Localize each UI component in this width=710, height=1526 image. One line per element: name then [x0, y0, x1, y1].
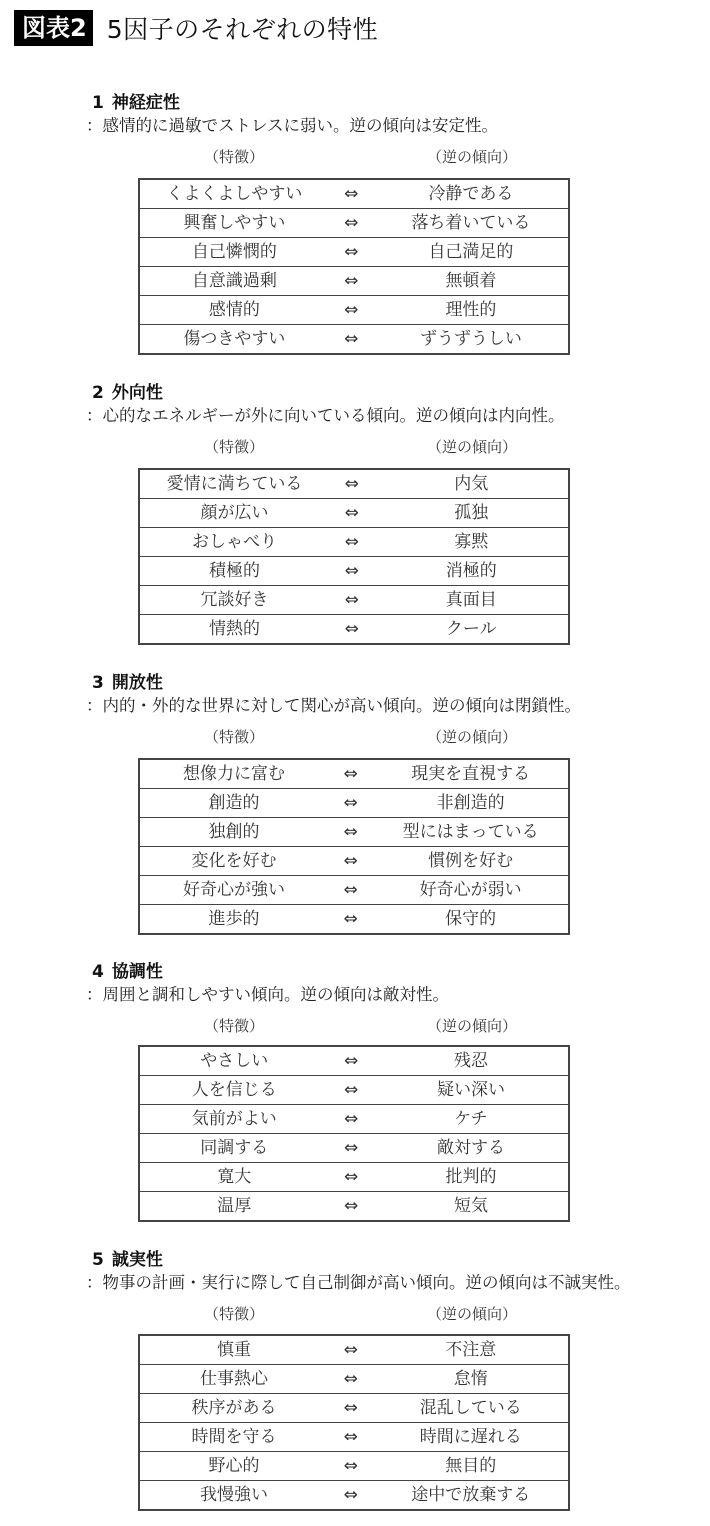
table-row: 冗談好き⇔真面目: [139, 586, 569, 615]
traits-table: 想像力に富む⇔現実を直視する創造的⇔非創造的独創的⇔型にはまっている変化を好む⇔…: [138, 758, 570, 935]
trait-cell: 自意識過剰: [139, 267, 329, 296]
table-row: 時間を守る⇔時間に遅れる: [139, 1423, 569, 1452]
double-arrow-icon: ⇔: [329, 528, 374, 557]
column-header-opposite: （逆の傾向）: [427, 146, 517, 167]
double-arrow-icon: ⇔: [328, 759, 373, 789]
opposite-cell: 保守的: [373, 905, 569, 935]
opposite-cell: 無目的: [373, 1452, 569, 1481]
section-openness: 3開放性 ：内的・外的な世界に対して関心が高い傾向。逆の傾向は閉鎖性。 （特徴）…: [92, 672, 692, 754]
double-arrow-icon: ⇔: [328, 847, 373, 876]
trait-cell: 傷つきやすい: [139, 325, 329, 355]
figure-badge: 図表2: [14, 10, 93, 46]
column-headers: （特徴） （逆の傾向）: [92, 434, 692, 464]
table-row: 仕事熱心⇔怠惰: [139, 1365, 569, 1394]
trait-cell: おしゃべり: [139, 528, 329, 557]
column-header-opposite: （逆の傾向）: [427, 1015, 517, 1036]
section-neuroticism: 1神経症性 ：感情的に過敏でストレスに弱い。逆の傾向は安定性。 （特徴） （逆の…: [92, 92, 692, 174]
trait-cell: 興奮しやすい: [139, 209, 329, 238]
double-arrow-icon: ⇔: [329, 179, 374, 209]
opposite-cell: 敵対する: [374, 1134, 569, 1163]
column-header-opposite: （逆の傾向）: [427, 726, 517, 747]
double-arrow-icon: ⇔: [328, 1134, 374, 1163]
column-header-traits: （特徴）: [204, 726, 264, 747]
section-description: ：内的・外的な世界に対して関心が高い傾向。逆の傾向は閉鎖性。: [86, 694, 692, 718]
table-row: 感情的⇔理性的: [139, 296, 569, 325]
opposite-cell: 理性的: [374, 296, 569, 325]
table-row: 慎重⇔不注意: [139, 1335, 569, 1365]
opposite-cell: 怠惰: [373, 1365, 569, 1394]
double-arrow-icon: ⇔: [328, 905, 373, 935]
trait-cell: 感情的: [139, 296, 329, 325]
opposite-cell: 短気: [374, 1192, 569, 1222]
trait-cell: 気前がよい: [139, 1105, 328, 1134]
trait-cell: 人を信じる: [139, 1076, 328, 1105]
opposite-cell: 時間に遅れる: [373, 1423, 569, 1452]
double-arrow-icon: ⇔: [329, 267, 374, 296]
section-title: 2外向性: [92, 382, 692, 404]
double-arrow-icon: ⇔: [329, 557, 374, 586]
opposite-cell: 批判的: [374, 1163, 569, 1192]
double-arrow-icon: ⇔: [328, 1105, 374, 1134]
double-arrow-icon: ⇔: [328, 1481, 373, 1511]
trait-cell: 慎重: [139, 1335, 328, 1365]
opposite-cell: 疑い深い: [374, 1076, 569, 1105]
table-row: 同調する⇔敵対する: [139, 1134, 569, 1163]
opposite-cell: 真面目: [374, 586, 569, 615]
double-arrow-icon: ⇔: [329, 586, 374, 615]
double-arrow-icon: ⇔: [329, 469, 374, 499]
table-row: 寛大⇔批判的: [139, 1163, 569, 1192]
table-row: 興奮しやすい⇔落ち着いている: [139, 209, 569, 238]
double-arrow-icon: ⇔: [329, 325, 374, 355]
opposite-cell: 現実を直視する: [373, 759, 569, 789]
double-arrow-icon: ⇔: [328, 1394, 373, 1423]
table-row: 野心的⇔無目的: [139, 1452, 569, 1481]
double-arrow-icon: ⇔: [328, 818, 373, 847]
trait-cell: 好奇心が強い: [139, 876, 328, 905]
table-row: 我慢強い⇔途中で放棄する: [139, 1481, 569, 1511]
section-title: 1神経症性: [92, 92, 692, 114]
section-description: ：感情的に過敏でストレスに弱い。逆の傾向は安定性。: [86, 114, 692, 138]
trait-cell: 秩序がある: [139, 1394, 328, 1423]
double-arrow-icon: ⇔: [328, 1076, 374, 1105]
table-row: 温厚⇔短気: [139, 1192, 569, 1222]
traits-table: やさしい⇔残忍人を信じる⇔疑い深い気前がよい⇔ケチ同調する⇔敵対する寛大⇔批判的…: [138, 1045, 570, 1222]
double-arrow-icon: ⇔: [328, 1163, 374, 1192]
opposite-cell: 内気: [374, 469, 569, 499]
section-agreeableness: 4協調性 ：周囲と調和しやすい傾向。逆の傾向は敵対性。 （特徴） （逆の傾向） …: [92, 961, 692, 1043]
section-description: ：物事の計画・実行に際して自己制御が高い傾向。逆の傾向は不誠実性。: [86, 1271, 692, 1295]
trait-cell: 寛大: [139, 1163, 328, 1192]
opposite-cell: 好奇心が弱い: [373, 876, 569, 905]
column-header-traits: （特徴）: [204, 1015, 264, 1036]
opposite-cell: 混乱している: [373, 1394, 569, 1423]
table-row: 自己憐憫的⇔自己満足的: [139, 238, 569, 267]
trait-cell: くよくよしやすい: [139, 179, 329, 209]
section-description: ：周囲と調和しやすい傾向。逆の傾向は敵対性。: [86, 983, 692, 1007]
double-arrow-icon: ⇔: [328, 1423, 373, 1452]
table-row: 傷つきやすい⇔ずうずうしい: [139, 325, 569, 355]
opposite-cell: 慣例を好む: [373, 847, 569, 876]
opposite-cell: 型にはまっている: [373, 818, 569, 847]
table-row: 変化を好む⇔慣例を好む: [139, 847, 569, 876]
table-row: 人を信じる⇔疑い深い: [139, 1076, 569, 1105]
table-row: 気前がよい⇔ケチ: [139, 1105, 569, 1134]
section-extraversion: 2外向性 ：心的なエネルギーが外に向いている傾向。逆の傾向は内向性。 （特徴） …: [92, 382, 692, 464]
traits-table: 愛情に満ちている⇔内気顔が広い⇔孤独おしゃべり⇔寡黙積極的⇔消極的冗談好き⇔真面…: [138, 468, 570, 645]
trait-cell: 情熱的: [139, 615, 329, 645]
section-title: 4協調性: [92, 961, 692, 983]
trait-cell: 積極的: [139, 557, 329, 586]
table-row: 愛情に満ちている⇔内気: [139, 469, 569, 499]
table-row: 想像力に富む⇔現実を直視する: [139, 759, 569, 789]
trait-cell: 変化を好む: [139, 847, 328, 876]
double-arrow-icon: ⇔: [328, 1046, 374, 1076]
section-title: 3開放性: [92, 672, 692, 694]
table-row: 秩序がある⇔混乱している: [139, 1394, 569, 1423]
section-title: 5誠実性: [92, 1249, 692, 1271]
section-conscientiousness: 5誠実性 ：物事の計画・実行に際して自己制御が高い傾向。逆の傾向は不誠実性。 （…: [92, 1249, 692, 1331]
opposite-cell: ずうずうしい: [374, 325, 569, 355]
trait-cell: 温厚: [139, 1192, 328, 1222]
opposite-cell: 非創造的: [373, 789, 569, 818]
figure-title: 5因子のそれぞれの特性: [107, 10, 378, 46]
double-arrow-icon: ⇔: [328, 1452, 373, 1481]
column-headers: （特徴） （逆の傾向）: [92, 144, 692, 174]
column-header-opposite: （逆の傾向）: [427, 1303, 517, 1324]
column-headers: （特徴） （逆の傾向）: [92, 724, 692, 754]
opposite-cell: 自己満足的: [374, 238, 569, 267]
double-arrow-icon: ⇔: [329, 238, 374, 267]
trait-cell: やさしい: [139, 1046, 328, 1076]
double-arrow-icon: ⇔: [328, 789, 373, 818]
double-arrow-icon: ⇔: [329, 296, 374, 325]
opposite-cell: 無頓着: [374, 267, 569, 296]
opposite-cell: 冷静である: [374, 179, 569, 209]
table-row: やさしい⇔残忍: [139, 1046, 569, 1076]
double-arrow-icon: ⇔: [328, 1365, 373, 1394]
section-description: ：心的なエネルギーが外に向いている傾向。逆の傾向は内向性。: [86, 404, 692, 428]
double-arrow-icon: ⇔: [329, 499, 374, 528]
table-row: 創造的⇔非創造的: [139, 789, 569, 818]
traits-table: 慎重⇔不注意仕事熱心⇔怠惰秩序がある⇔混乱している時間を守る⇔時間に遅れる野心的…: [138, 1334, 570, 1511]
table-row: 進歩的⇔保守的: [139, 905, 569, 935]
opposite-cell: クール: [374, 615, 569, 645]
opposite-cell: 落ち着いている: [374, 209, 569, 238]
trait-cell: 想像力に富む: [139, 759, 328, 789]
trait-cell: 時間を守る: [139, 1423, 328, 1452]
trait-cell: 仕事熱心: [139, 1365, 328, 1394]
table-row: 自意識過剰⇔無頓着: [139, 267, 569, 296]
figure-header: 図表2 5因子のそれぞれの特性: [14, 10, 378, 46]
trait-cell: 自己憐憫的: [139, 238, 329, 267]
table-row: 積極的⇔消極的: [139, 557, 569, 586]
double-arrow-icon: ⇔: [328, 1335, 373, 1365]
column-header-traits: （特徴）: [204, 146, 264, 167]
opposite-cell: 残忍: [374, 1046, 569, 1076]
opposite-cell: ケチ: [374, 1105, 569, 1134]
column-headers: （特徴） （逆の傾向）: [92, 1013, 692, 1043]
trait-cell: 顔が広い: [139, 499, 329, 528]
opposite-cell: 途中で放棄する: [373, 1481, 569, 1511]
double-arrow-icon: ⇔: [329, 615, 374, 645]
double-arrow-icon: ⇔: [328, 876, 373, 905]
trait-cell: 独創的: [139, 818, 328, 847]
table-row: 顔が広い⇔孤独: [139, 499, 569, 528]
trait-cell: 進歩的: [139, 905, 328, 935]
trait-cell: 創造的: [139, 789, 328, 818]
trait-cell: 我慢強い: [139, 1481, 328, 1511]
trait-cell: 野心的: [139, 1452, 328, 1481]
double-arrow-icon: ⇔: [328, 1192, 374, 1222]
table-row: 情熱的⇔クール: [139, 615, 569, 645]
opposite-cell: 消極的: [374, 557, 569, 586]
column-header-traits: （特徴）: [204, 436, 264, 457]
table-row: 独創的⇔型にはまっている: [139, 818, 569, 847]
opposite-cell: 孤独: [374, 499, 569, 528]
trait-cell: 冗談好き: [139, 586, 329, 615]
table-row: くよくよしやすい⇔冷静である: [139, 179, 569, 209]
trait-cell: 同調する: [139, 1134, 328, 1163]
trait-cell: 愛情に満ちている: [139, 469, 329, 499]
opposite-cell: 寡黙: [374, 528, 569, 557]
table-row: 好奇心が強い⇔好奇心が弱い: [139, 876, 569, 905]
table-row: おしゃべり⇔寡黙: [139, 528, 569, 557]
column-header-opposite: （逆の傾向）: [427, 436, 517, 457]
opposite-cell: 不注意: [373, 1335, 569, 1365]
column-header-traits: （特徴）: [204, 1303, 264, 1324]
traits-table: くよくよしやすい⇔冷静である興奮しやすい⇔落ち着いている自己憐憫的⇔自己満足的自…: [138, 178, 570, 355]
column-headers: （特徴） （逆の傾向）: [92, 1301, 692, 1331]
double-arrow-icon: ⇔: [329, 209, 374, 238]
